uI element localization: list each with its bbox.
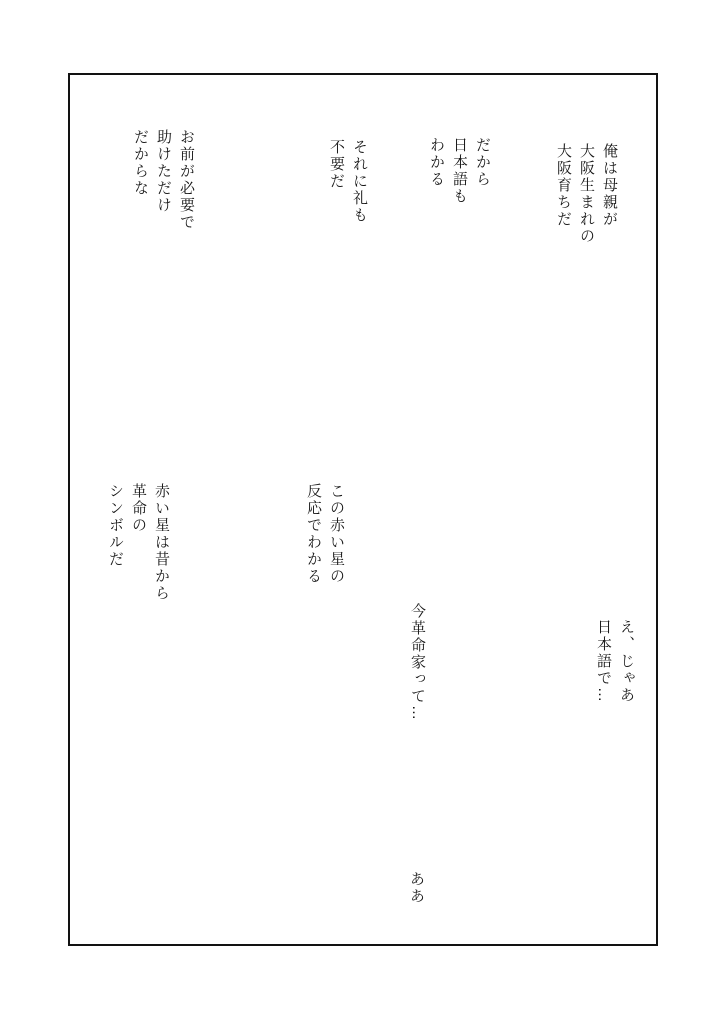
dialogue-block-2: だから 日本語も わかる [425, 137, 494, 205]
dialogue-block-1: 俺は母親が 大阪生まれの 大阪育ちだ [552, 143, 621, 245]
dialogue-block-3: それに礼も 不要だ [325, 139, 371, 224]
dialogue-block-7: え、じゃあ 日本語で… [592, 619, 638, 704]
dialogue-block-5: この赤い星の 反応でわかる [302, 483, 348, 585]
dialogue-block-9: ああ [405, 871, 428, 905]
manga-text-page: 俺は母親が 大阪生まれの 大阪育ちだ だから 日本語も わかる それに礼も 不要… [0, 0, 725, 1024]
dialogue-block-4: お前が必要で 助けただけ だからな [129, 129, 198, 231]
dialogue-block-6: 赤い星は昔から 革命の シンボルだ [104, 483, 173, 602]
dialogue-block-8: 今革命家って… [406, 603, 429, 722]
